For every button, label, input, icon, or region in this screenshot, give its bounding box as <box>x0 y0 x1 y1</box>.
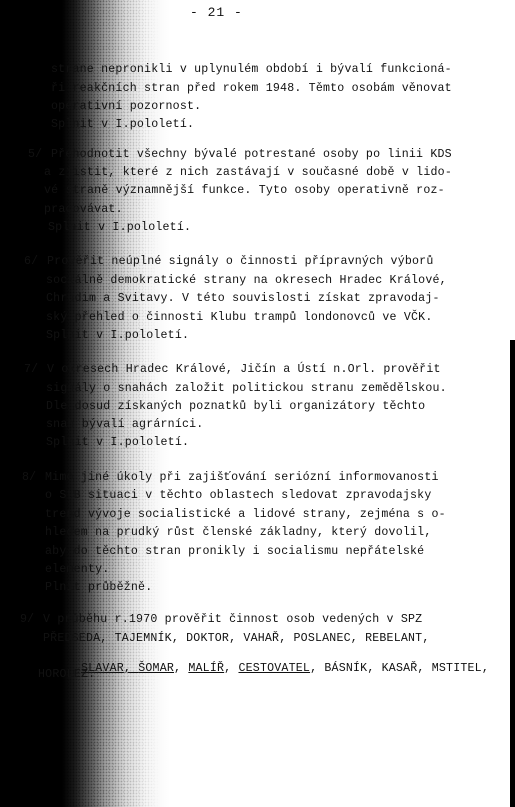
text-line: Plnit průběžně. <box>45 582 152 594</box>
item-marker: 9/ <box>20 614 34 626</box>
text-line: Dle dosud získaných poznatků byli organi… <box>46 401 425 413</box>
text-line: V okresech Hradec Králové, Jičín a Ústí … <box>47 364 441 376</box>
name-underlined: CESTOVATEL <box>238 662 310 675</box>
text-line: strane nepronikli v uplynulém období i b… <box>51 64 452 76</box>
text-line: Prověřit neúplné signály o činnosti příp… <box>47 256 434 268</box>
item-marker: 8/ <box>22 472 36 484</box>
text-line-remainder: , BÁSNÍK, KASAŘ, MSTITEL, <box>310 662 489 675</box>
text-line: signály o snahách založit politickou str… <box>46 383 447 395</box>
text-line: HOROLEZ. <box>38 669 95 681</box>
name-underlined: ŠOMAR <box>138 662 174 675</box>
text-line: PŘEDSEDA, TAJEMNÍK, DOKTOR, VAHAŘ, POSLA… <box>43 633 430 645</box>
page-number: - 21 - <box>190 5 243 20</box>
text-line: Mimo jiné úkoly při zajišťování seriózní… <box>45 472 439 484</box>
text-line: ři reakčních stran před rokem 1948. Těmt… <box>51 83 452 95</box>
text-line: V průběhu r.1970 prověřit činnost osob v… <box>43 614 422 626</box>
text-line: a zjistit, které z nich zastávají v souč… <box>44 167 452 179</box>
text-line: pracovávat. <box>44 204 123 216</box>
text-line: ský přehled o činnosti Klubu trampů lond… <box>46 312 433 324</box>
text-line: o StB situaci v těchto oblastech sledova… <box>45 490 432 502</box>
text-line: vé straně významnější funkce. Tyto osoby… <box>44 185 445 197</box>
text-line: hledem na prudký růst členské základny, … <box>45 527 432 539</box>
text-line: Chrudim a Svitavy. V této souvislosti zí… <box>46 293 440 305</box>
text-line: Splnit v I.pololetí. <box>51 119 194 131</box>
item-marker: 6/ <box>24 256 38 268</box>
text-line: Splnit v I.pololetí. <box>48 222 191 234</box>
text-line-underlined-names: SLAVAR, ŠOMAR, MALÍŘ, CESTOVATEL, BÁSNÍK… <box>38 651 489 686</box>
text-line: Přehodnotit všechny bývalé potrestané os… <box>51 149 452 161</box>
text-line: elementy. <box>45 564 109 576</box>
text-line: trend vývoje socialistické a lidové stra… <box>45 509 446 521</box>
name-underlined: MALÍŘ <box>188 662 224 675</box>
text-line: Splnit v I.pololetí. <box>46 330 189 342</box>
text-line: Splnit v I.pololetí. <box>46 437 189 449</box>
text-line: operativní pozornost. <box>51 101 201 113</box>
text-line: sociálně demokratické strany na okresech… <box>46 275 447 287</box>
item-marker: 7/ <box>24 364 38 376</box>
text-line: snah bývalí agrárníci. <box>46 419 203 431</box>
item-marker: 5/ <box>28 149 42 161</box>
text-line: aby do těchto stran pronikly i socialism… <box>45 546 424 558</box>
document-page: - 21 - strane nepronikli v uplynulém obd… <box>0 0 515 807</box>
